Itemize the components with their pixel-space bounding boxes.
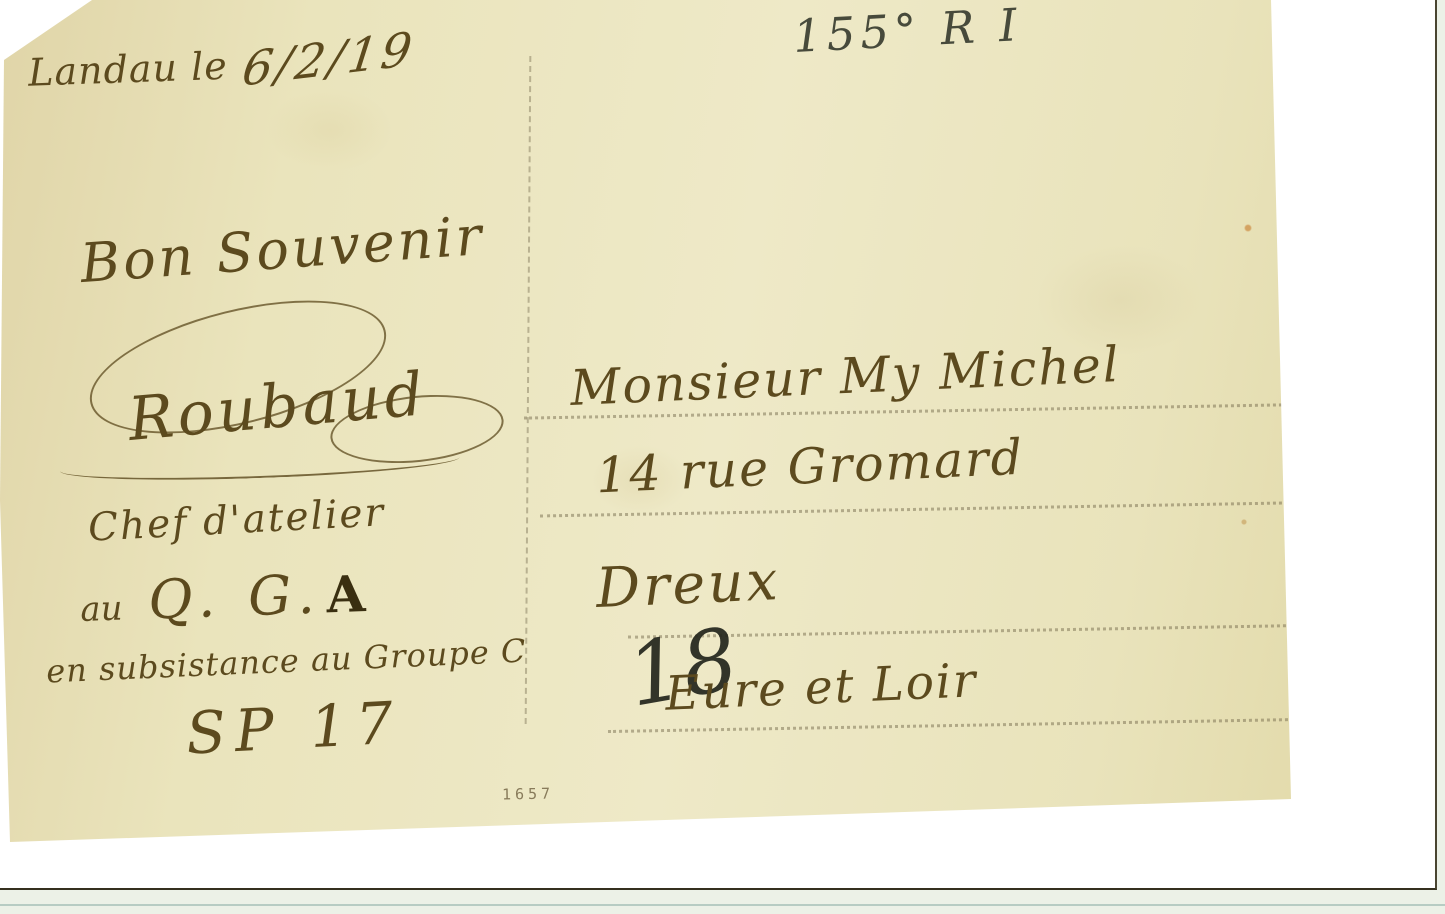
address-dotted-line-2 <box>540 502 1282 518</box>
regiment-pencil-note: 155° R I <box>792 0 1023 63</box>
dateline: Landau le6/2/19 <box>27 29 414 97</box>
dateline-date: 6/2/19 <box>239 22 418 98</box>
sender-sector-line: SP 17 <box>184 688 403 767</box>
address-dotted-line-4 <box>608 718 1300 733</box>
unit-suffix-letter: A <box>325 564 366 624</box>
card-print-number: 1657 <box>502 785 554 804</box>
address-city: Dreux <box>595 548 782 620</box>
postcard: Landau le6/2/19 155° R I Bon Souvenir Ro… <box>0 0 1295 850</box>
scanner-background: Landau le6/2/19 155° R I Bon Souvenir Ro… <box>0 0 1445 914</box>
unit-abbreviation: Q. G. <box>147 563 323 632</box>
signature-underline <box>60 455 460 485</box>
address-street: 14 rue Gromard <box>595 429 1025 505</box>
scanner-glass-line <box>0 904 1445 906</box>
postcard-divider-line <box>525 56 532 724</box>
greeting-text: Bon Souvenir <box>78 204 486 295</box>
sender-attachment-line: en subsistance au Groupe C <box>45 632 527 691</box>
dateline-place: Landau le <box>27 44 228 95</box>
unit-prefix: au <box>80 589 124 630</box>
sender-unit-line: auQ. G.A <box>79 561 366 634</box>
sender-title-line: Chef d'atelier <box>87 490 386 550</box>
address-recipient: Monsieur My Michel <box>569 336 1122 417</box>
